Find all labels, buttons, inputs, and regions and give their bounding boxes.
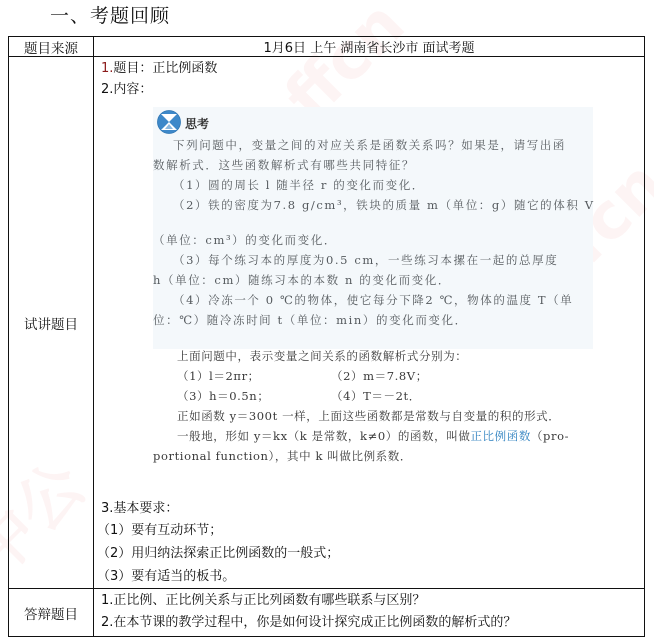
requirements-heading: 3.基本要求： — [101, 500, 178, 517]
defense-question: 2.在本节课的教学过程中，你是如何设计探究成正比例函数的解析式的？ — [101, 614, 516, 631]
excerpt-line: 位：℃）随冷冻时间 t（单位：min）的变化而变化． — [153, 313, 468, 328]
excerpt-line: （3）每个练习本的厚度为0.5 cm，一些练习本摞在一起的总厚度 — [173, 253, 558, 268]
source-cell: 1月6日 上午 湖南省长沙市 面试考题 — [94, 37, 644, 56]
textbook-excerpt: 思考 下列问题中，变量之间的对应关系是函数关系吗？如果是，请写出函 数解析式．这… — [153, 107, 651, 487]
formula-2: （2）m＝7.8V； — [331, 369, 428, 384]
table-row-defense: 答辩题目 1.正比例、正比例关系与正比列函数有哪些联系与区别？ 2.在本节课的教… — [9, 589, 644, 637]
defense-question: 1.正比例、正比例关系与正比列函数有哪些联系与区别？ — [101, 592, 425, 609]
requirement-item: （2）用归纳法探索正比例函数的一般式； — [97, 545, 339, 562]
row-label-defense: 答辩题目 — [9, 589, 94, 637]
formula-3: （3）h＝0.5n； — [177, 389, 269, 404]
table-row-source: 题目来源 1月6日 上午 湖南省长沙市 面试考题 — [9, 37, 644, 57]
topic-line: 1.题目：正比例函数 — [101, 60, 217, 77]
table-row-lecture: 试讲题目 1.题目：正比例函数 2.内容： 思考 下列问题中，变量之间的对 — [9, 57, 644, 589]
excerpt-line: h（单位：cm）随练习本的本数 n 的变化而变化． — [153, 273, 451, 288]
summary-intro: 上面问题中，表示变量之间关系的函数解析式分别为： — [177, 349, 467, 364]
source-value: 1月6日 上午 湖南省长沙市 面试考题 — [94, 37, 644, 56]
formula-4: （4）T＝－2t． — [331, 389, 421, 404]
excerpt-line: 下列问题中，变量之间的对应关系是函数关系吗？如果是，请写出函 — [173, 138, 566, 153]
requirement-item: （1）要有互动环节； — [97, 522, 222, 539]
excerpt-line: 数解析式．这些函数解析式有哪些共同特征？ — [153, 158, 415, 173]
lecture-cell: 1.题目：正比例函数 2.内容： 思考 下列问题中，变量之间的对应关系是函数关系… — [94, 57, 644, 588]
think-icon — [157, 109, 181, 135]
content-label: 内容： — [113, 82, 152, 97]
definition-line-2: portional function），其中 k 叫做比例系数． — [153, 449, 412, 464]
exam-table: 题目来源 1月6日 上午 湖南省长沙市 面试考题 试讲题目 1.题目：正比例函数… — [8, 36, 645, 637]
requirement-item: （3）要有适当的板书。 — [97, 568, 235, 585]
defense-cell: 1.正比例、正比例关系与正比列函数有哪些联系与区别？ 2.在本节课的教学过程中，… — [94, 589, 644, 637]
definition-line: 一般地，形如 y＝kx（k 是常数，k≠0）的函数，叫做正比例函数（pro- — [177, 429, 569, 444]
excerpt-line: （1）圆的周长 l 随半径 r 的变化而变化． — [173, 178, 425, 193]
excerpt-heading: 思考 — [185, 115, 209, 132]
content-line: 2.内容： — [101, 81, 152, 98]
row-label-source: 题目来源 — [9, 37, 94, 56]
excerpt-line: （2）铁的密度为7.8 g/cm³，铁块的质量 m（单位：g）随它的体积 V — [173, 198, 595, 213]
observation: 正如函数 y＝300t 一样，上面这些函数都是常数与自变量的积的形式． — [177, 409, 560, 424]
section-title: 一、考题回顾 — [50, 4, 170, 28]
excerpt-line: （4）冷冻一个 0 ℃的物体，使它每分下降2 ℃，物体的温度 T（单 — [173, 293, 573, 308]
topic-text: 题目：正比例函数 — [113, 61, 217, 76]
row-label-lecture: 试讲题目 — [9, 57, 94, 588]
highlighted-term: 正比例函数 — [470, 429, 531, 443]
formula-1: （1）l＝2πr； — [177, 369, 260, 384]
excerpt-line: （单位：cm³）的变化而变化． — [153, 233, 337, 248]
